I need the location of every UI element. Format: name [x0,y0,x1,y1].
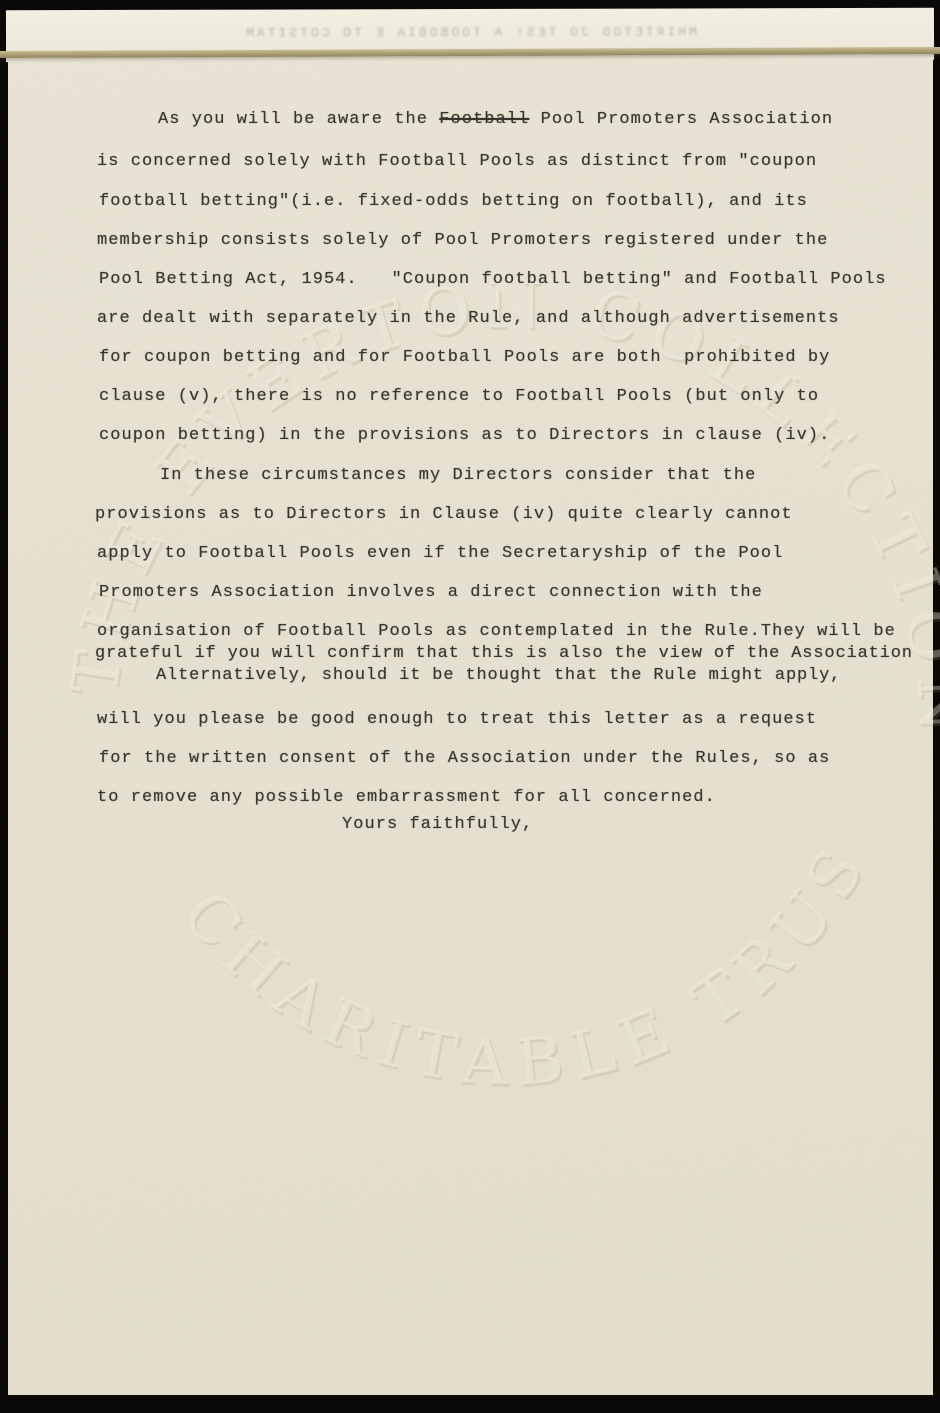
bleed-through-text: MHIRTETOD JO TES! A TOOBOBIA E TO COTSIT… [6,24,934,41]
typed-line: coupon betting) in the provisions as to … [99,426,830,445]
typed-line: will you please be good enough to treat … [97,710,817,729]
typed-line: organisation of Football Pools as contem… [97,622,896,641]
typed-line-inserted: grateful if you will confirm that this i… [95,644,913,663]
typed-line: provisions as to Directors in Clause (iv… [95,505,793,524]
typed-line: to remove any possible embarrassment for… [97,788,716,807]
typed-line: clause (v), there is no reference to Foo… [99,387,819,406]
opening-pre: As you will be aware the [158,110,439,129]
typed-line: is concerned solely with Football Pools … [97,152,817,171]
typed-line: for the written consent of the Associati… [99,749,830,768]
typed-line: are dealt with separately in the Rule, a… [97,309,840,328]
typed-line-opening: As you will be aware the Football Pool P… [158,110,833,129]
opening-post: Pool Promoters Association [529,110,833,129]
typed-line: membership consists solely of Pool Promo… [97,231,828,250]
typed-line: for coupon betting and for Football Pool… [99,348,830,367]
typed-line: apply to Football Pools even if the Secr… [97,544,783,563]
typed-line: football betting"(i.e. fixed-odds bettin… [99,192,808,211]
scanned-letter: MHIRTETOD JO TES! A TOOBOBIA E TO COTSIT… [0,0,940,1413]
typed-line: Alternatively, should it be thought that… [156,666,841,685]
typed-line-signoff: Yours faithfully, [342,815,533,834]
typed-line: Pool Betting Act, 1954. "Coupon football… [99,270,887,289]
struck-word: Football [439,110,529,129]
typed-line: Promoters Association involves a direct … [99,583,763,602]
typed-line: In these circumstances my Directors cons… [160,466,756,485]
